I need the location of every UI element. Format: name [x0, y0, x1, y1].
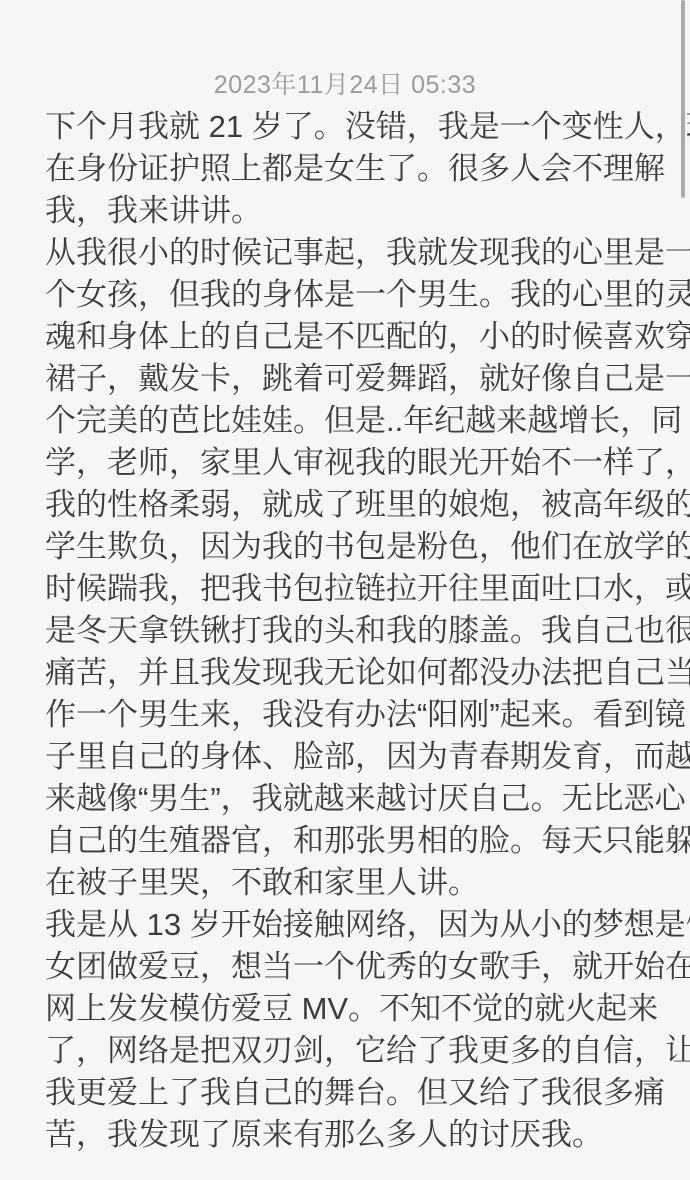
text-line: 网上发发模仿爱豆 MV。不知不觉的就火起来 [45, 988, 647, 1030]
text-line: 子里自己的身体、脸部，因为青春期发育，而越 [45, 736, 647, 778]
text-line: 下个月我就 21 岁了。没错，我是一个变性人，现 [45, 106, 647, 148]
text-line: 苦，我发现了原来有那么多人的讨厌我。 [45, 1114, 647, 1156]
text-line: 了，网络是把双刃剑，它给了我更多的自信，让 [45, 1030, 647, 1072]
text-line: 从我很小的时候记事起，我就发现我的心里是一 [45, 232, 647, 274]
text-line: 是冬天拿铁锹打我的头和我的膝盖。我自己也很 [45, 610, 647, 652]
text-line: 自己的生殖器官，和那张男相的脸。每天只能躲 [45, 820, 647, 862]
post-page: 2023年11月24日 05:33 下个月我就 21 岁了。没错，我是一个变性人… [0, 0, 690, 1180]
text-line: 我的性格柔弱，就成了班里的娘炮，被高年级的 [45, 484, 647, 526]
text-line: 在被子里哭，不敢和家里人讲。 [45, 862, 647, 904]
article-text: 下个月我就 21 岁了。没错，我是一个变性人，现在身份证护照上都是女生了。很多人… [45, 106, 647, 1156]
text-line: 在身份证护照上都是女生了。很多人会不理解 [45, 148, 647, 190]
scrollbar-thumb[interactable] [681, 0, 685, 198]
text-line: 我，我来讲讲。 [45, 190, 647, 232]
text-line: 来越像“男生”，我就越来越讨厌自己。无比恶心 [45, 778, 647, 820]
text-line: 个女孩，但我的身体是一个男生。我的心里的灵 [45, 274, 647, 316]
text-line: 作一个男生来，我没有办法“阳刚”起来。看到镜 [45, 694, 647, 736]
text-line: 学，老师，家里人审视我的眼光开始不一样了， [45, 442, 647, 484]
text-line: 我更爱上了我自己的舞台。但又给了我很多痛 [45, 1072, 647, 1114]
text-line: 痛苦，并且我发现我无论如何都没办法把自己当 [45, 652, 647, 694]
text-line: 个完美的芭比娃娃。但是..年纪越来越增长，同 [45, 400, 647, 442]
text-line: 学生欺负，因为我的书包是粉色，他们在放学的 [45, 526, 647, 568]
text-line: 女团做爱豆，想当一个优秀的女歌手，就开始在 [45, 946, 647, 988]
post-timestamp: 2023年11月24日 05:33 [0, 70, 690, 100]
text-line: 时候踹我，把我书包拉链拉开往里面吐口水，或 [45, 568, 647, 610]
text-line: 魂和身体上的自己是不匹配的，小的时候喜欢穿 [45, 316, 647, 358]
text-line: 裙子，戴发卡，跳着可爱舞蹈，就好像自己是一 [45, 358, 647, 400]
text-line: 我是从 13 岁开始接触网络，因为从小的梦想是做 [45, 904, 647, 946]
